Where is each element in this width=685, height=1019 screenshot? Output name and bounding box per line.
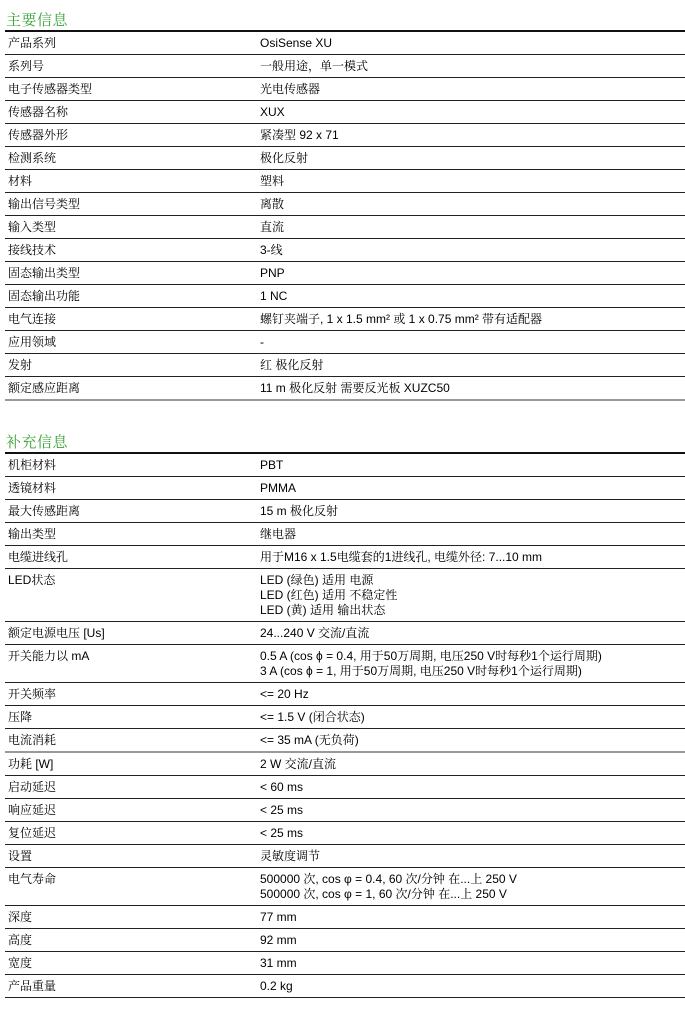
spec-value-line: - bbox=[260, 335, 685, 350]
spec-value-line: 极化反射 bbox=[260, 151, 685, 166]
spec-value-line: 92 mm bbox=[260, 933, 685, 948]
main-info-table: 产品系列OsiSense XU系列号一般用途，单一模式电子传感器类型光电传感器传… bbox=[5, 30, 685, 401]
table-row: 产品重量0.2 kg bbox=[5, 975, 685, 998]
spec-value: 光电传感器 bbox=[253, 78, 685, 101]
spec-value: LED (绿色) 适用 电源LED (红色) 适用 不稳定性LED (黄) 适用… bbox=[253, 569, 685, 622]
table-row: 输出类型继电器 bbox=[5, 523, 685, 546]
table-row: 接线技术3-线 bbox=[5, 239, 685, 262]
table-row: 额定感应距离11 m 极化反射 需要反光板 XUZC50 bbox=[5, 377, 685, 401]
table-row: 传感器外形紧凑型 92 x 71 bbox=[5, 124, 685, 147]
table-row: 检测系统极化反射 bbox=[5, 147, 685, 170]
spec-value-line: 螺钉夹端子, 1 x 1.5 mm² 或 1 x 0.75 mm² 带有适配器 bbox=[260, 312, 685, 327]
spec-value-line: 灵敏度调节 bbox=[260, 849, 685, 864]
table-row: 电气寿命500000 次, cos φ = 0.4, 60 次/分钟 在...上… bbox=[5, 868, 685, 906]
table-row: 开关频率<= 20 Hz bbox=[5, 683, 685, 706]
spec-label: 产品重量 bbox=[5, 975, 253, 998]
spec-value: OsiSense XU bbox=[253, 31, 685, 55]
table-row: LED状态LED (绿色) 适用 电源LED (红色) 适用 不稳定性LED (… bbox=[5, 569, 685, 622]
spec-label: 深度 bbox=[5, 906, 253, 929]
spec-label: 产品系列 bbox=[5, 31, 253, 55]
table-row: 材料塑料 bbox=[5, 170, 685, 193]
table-row: 深度77 mm bbox=[5, 906, 685, 929]
spec-label: 透镜材料 bbox=[5, 477, 253, 500]
spec-value: 紧凑型 92 x 71 bbox=[253, 124, 685, 147]
spec-value: 用于M16 x 1.5电缆套的1进线孔, 电缆外径: 7...10 mm bbox=[253, 546, 685, 569]
spec-value: 继电器 bbox=[253, 523, 685, 546]
spec-value: 红 极化反射 bbox=[253, 354, 685, 377]
spec-value: 11 m 极化反射 需要反光板 XUZC50 bbox=[253, 377, 685, 401]
spec-value-line: 11 m 极化反射 需要反光板 XUZC50 bbox=[260, 381, 685, 396]
spec-value: 灵敏度调节 bbox=[253, 845, 685, 868]
spec-value-line: OsiSense XU bbox=[260, 36, 685, 51]
table-row: 发射红 极化反射 bbox=[5, 354, 685, 377]
spec-value-line: 15 m 极化反射 bbox=[260, 504, 685, 519]
spec-value-line: 继电器 bbox=[260, 527, 685, 542]
spec-value: 92 mm bbox=[253, 929, 685, 952]
spec-value-line: < 60 ms bbox=[260, 780, 685, 795]
spec-value-line: 离散 bbox=[260, 197, 685, 212]
spec-value-line: 3 A (cos ϕ = 1, 用于50万周期, 电压250 V时每秒1个运行周… bbox=[260, 664, 685, 679]
spec-value-line: XUX bbox=[260, 105, 685, 120]
spec-value-line: 红 极化反射 bbox=[260, 358, 685, 373]
spec-value-line: 77 mm bbox=[260, 910, 685, 925]
spec-value: < 25 ms bbox=[253, 822, 685, 845]
table-row: 产品系列OsiSense XU bbox=[5, 31, 685, 55]
spec-value-line: 500000 次, cos φ = 1, 60 次/分钟 在...上 250 V bbox=[260, 887, 685, 902]
spec-value: - bbox=[253, 331, 685, 354]
spec-value-line: 0.2 kg bbox=[260, 979, 685, 994]
spec-label: 高度 bbox=[5, 929, 253, 952]
spec-value: 3-线 bbox=[253, 239, 685, 262]
table-row: 透镜材料PMMA bbox=[5, 477, 685, 500]
spec-value: PMMA bbox=[253, 477, 685, 500]
spec-label: 启动延迟 bbox=[5, 776, 253, 799]
spec-value: 直流 bbox=[253, 216, 685, 239]
spec-value-line: PNP bbox=[260, 266, 685, 281]
table-row: 响应延迟< 25 ms bbox=[5, 799, 685, 822]
table-row: 电流消耗<= 35 mA (无负荷) bbox=[5, 729, 685, 753]
table-row: 宽度31 mm bbox=[5, 952, 685, 975]
section-title: 补充信息 bbox=[5, 434, 685, 452]
table-row: 应用领域- bbox=[5, 331, 685, 354]
spec-value-line: 1 NC bbox=[260, 289, 685, 304]
table-row: 复位延迟< 25 ms bbox=[5, 822, 685, 845]
spec-value: 2 W 交流/直流 bbox=[253, 752, 685, 776]
spec-value: < 25 ms bbox=[253, 799, 685, 822]
spec-label: 接线技术 bbox=[5, 239, 253, 262]
spec-label: 固态输出功能 bbox=[5, 285, 253, 308]
spec-value-line: LED (黄) 适用 输出状态 bbox=[260, 603, 685, 618]
table-row: 启动延迟< 60 ms bbox=[5, 776, 685, 799]
spec-value: <= 1.5 V (闭合状态) bbox=[253, 706, 685, 729]
spec-label: 电气连接 bbox=[5, 308, 253, 331]
spec-label: 压降 bbox=[5, 706, 253, 729]
spec-value-line: 500000 次, cos φ = 0.4, 60 次/分钟 在...上 250… bbox=[260, 872, 685, 887]
table-row: 设置灵敏度调节 bbox=[5, 845, 685, 868]
supplementary-info-table: 机柜材料PBT透镜材料PMMA最大传感距离15 m 极化反射输出类型继电器电缆进… bbox=[5, 452, 685, 998]
spec-value: 离散 bbox=[253, 193, 685, 216]
spec-value-line: 光电传感器 bbox=[260, 82, 685, 97]
spec-label: 电缆进线孔 bbox=[5, 546, 253, 569]
spec-value: 31 mm bbox=[253, 952, 685, 975]
table-row: 开关能力以 mA0.5 A (cos ϕ = 0.4, 用于50万周期, 电压2… bbox=[5, 645, 685, 683]
spec-value-line: 3-线 bbox=[260, 243, 685, 258]
section-title: 主要信息 bbox=[5, 12, 685, 30]
spec-value-line: 24...240 V 交流/直流 bbox=[260, 626, 685, 641]
spec-value-line: <= 1.5 V (闭合状态) bbox=[260, 710, 685, 725]
spec-value: 塑料 bbox=[253, 170, 685, 193]
spec-value: 77 mm bbox=[253, 906, 685, 929]
spec-label: 电气寿命 bbox=[5, 868, 253, 906]
table-row: 最大传感距离15 m 极化反射 bbox=[5, 500, 685, 523]
spec-label: 设置 bbox=[5, 845, 253, 868]
table-row: 固态输出功能1 NC bbox=[5, 285, 685, 308]
spec-value-line: 0.5 A (cos ϕ = 0.4, 用于50万周期, 电压250 V时每秒1… bbox=[260, 649, 685, 664]
spec-label: 发射 bbox=[5, 354, 253, 377]
spec-value-line: LED (红色) 适用 不稳定性 bbox=[260, 588, 685, 603]
spec-value-line: <= 35 mA (无负荷) bbox=[260, 733, 685, 748]
spec-label: 额定电源电压 [Us] bbox=[5, 622, 253, 645]
main-info-section: 主要信息 产品系列OsiSense XU系列号一般用途，单一模式电子传感器类型光… bbox=[5, 12, 685, 401]
spec-value: PBT bbox=[253, 453, 685, 477]
table-row: 系列号一般用途，单一模式 bbox=[5, 55, 685, 78]
spec-value: 24...240 V 交流/直流 bbox=[253, 622, 685, 645]
spec-value-line: 直流 bbox=[260, 220, 685, 235]
spec-label: 输出信号类型 bbox=[5, 193, 253, 216]
supplementary-info-section: 补充信息 机柜材料PBT透镜材料PMMA最大传感距离15 m 极化反射输出类型继… bbox=[5, 434, 685, 998]
spec-label: 输入类型 bbox=[5, 216, 253, 239]
spec-label: 开关频率 bbox=[5, 683, 253, 706]
spec-value: 0.5 A (cos ϕ = 0.4, 用于50万周期, 电压250 V时每秒1… bbox=[253, 645, 685, 683]
table-row: 高度92 mm bbox=[5, 929, 685, 952]
spec-value-line: PMMA bbox=[260, 481, 685, 496]
spec-value-line: < 25 ms bbox=[260, 826, 685, 841]
table-row: 输出信号类型离散 bbox=[5, 193, 685, 216]
spec-value: 1 NC bbox=[253, 285, 685, 308]
spec-value-line: < 25 ms bbox=[260, 803, 685, 818]
spec-label: 机柜材料 bbox=[5, 453, 253, 477]
spec-label: 开关能力以 mA bbox=[5, 645, 253, 683]
spec-label: 固态输出类型 bbox=[5, 262, 253, 285]
table-row: 机柜材料PBT bbox=[5, 453, 685, 477]
spec-label: 检测系统 bbox=[5, 147, 253, 170]
spec-value: 极化反射 bbox=[253, 147, 685, 170]
spec-value: <= 20 Hz bbox=[253, 683, 685, 706]
spec-label: 传感器名称 bbox=[5, 101, 253, 124]
spec-value-line: <= 20 Hz bbox=[260, 687, 685, 702]
spec-value: 一般用途，单一模式 bbox=[253, 55, 685, 78]
spec-value: 500000 次, cos φ = 0.4, 60 次/分钟 在...上 250… bbox=[253, 868, 685, 906]
spec-value-line: 一般用途，单一模式 bbox=[260, 59, 685, 74]
spec-value: 15 m 极化反射 bbox=[253, 500, 685, 523]
spec-label: 宽度 bbox=[5, 952, 253, 975]
spec-label: 输出类型 bbox=[5, 523, 253, 546]
spec-value: 0.2 kg bbox=[253, 975, 685, 998]
spec-label: 传感器外形 bbox=[5, 124, 253, 147]
spec-label: 额定感应距离 bbox=[5, 377, 253, 401]
table-row: 电气连接螺钉夹端子, 1 x 1.5 mm² 或 1 x 0.75 mm² 带有… bbox=[5, 308, 685, 331]
spec-label: 材料 bbox=[5, 170, 253, 193]
spec-value: 螺钉夹端子, 1 x 1.5 mm² 或 1 x 0.75 mm² 带有适配器 bbox=[253, 308, 685, 331]
spec-label: 电子传感器类型 bbox=[5, 78, 253, 101]
spec-value: <= 35 mA (无负荷) bbox=[253, 729, 685, 753]
spec-label: LED状态 bbox=[5, 569, 253, 622]
spec-value-line: 紧凑型 92 x 71 bbox=[260, 128, 685, 143]
spec-label: 应用领域 bbox=[5, 331, 253, 354]
spec-label: 系列号 bbox=[5, 55, 253, 78]
spec-value-line: 塑料 bbox=[260, 174, 685, 189]
spec-value-line: LED (绿色) 适用 电源 bbox=[260, 573, 685, 588]
table-row: 电缆进线孔用于M16 x 1.5电缆套的1进线孔, 电缆外径: 7...10 m… bbox=[5, 546, 685, 569]
table-row: 固态输出类型PNP bbox=[5, 262, 685, 285]
spec-label: 最大传感距离 bbox=[5, 500, 253, 523]
table-row: 电子传感器类型光电传感器 bbox=[5, 78, 685, 101]
spec-value-line: 用于M16 x 1.5电缆套的1进线孔, 电缆外径: 7...10 mm bbox=[260, 550, 685, 565]
table-row: 传感器名称XUX bbox=[5, 101, 685, 124]
table-row: 功耗 [W]2 W 交流/直流 bbox=[5, 752, 685, 776]
spec-value-line: 2 W 交流/直流 bbox=[260, 757, 685, 772]
spec-value: PNP bbox=[253, 262, 685, 285]
table-row: 压降<= 1.5 V (闭合状态) bbox=[5, 706, 685, 729]
spec-label: 响应延迟 bbox=[5, 799, 253, 822]
table-row: 额定电源电压 [Us]24...240 V 交流/直流 bbox=[5, 622, 685, 645]
spec-value: XUX bbox=[253, 101, 685, 124]
spec-label: 复位延迟 bbox=[5, 822, 253, 845]
table-row: 输入类型直流 bbox=[5, 216, 685, 239]
spec-label: 电流消耗 bbox=[5, 729, 253, 753]
spec-value-line: PBT bbox=[260, 458, 685, 473]
spec-value: < 60 ms bbox=[253, 776, 685, 799]
spec-value-line: 31 mm bbox=[260, 956, 685, 971]
spec-label: 功耗 [W] bbox=[5, 752, 253, 776]
